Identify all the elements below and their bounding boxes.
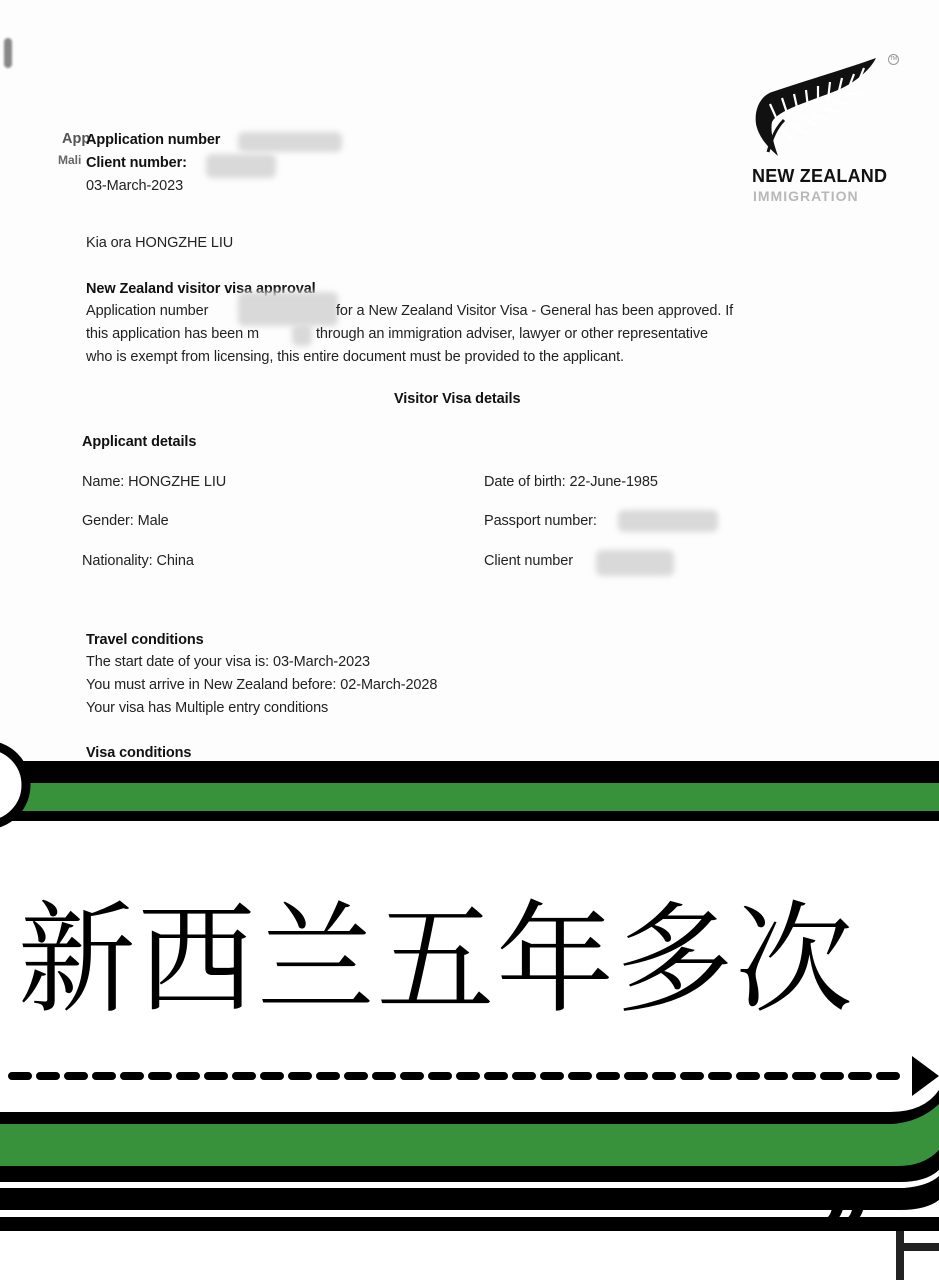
application-number-label: Application number xyxy=(86,131,220,149)
silver-fern-icon xyxy=(748,52,888,162)
approval-text-line2b: through an immigration adviser, lawyer o… xyxy=(316,325,708,343)
approval-text-line3: who is exempt from licensing, this entir… xyxy=(86,348,624,366)
quote-mark-icon: ” xyxy=(820,1190,872,1280)
approval-text-line2a: this application has been m xyxy=(86,325,259,343)
applicant-name: Name: HONGZHE LIU xyxy=(82,473,226,491)
applicant-gender: Gender: Male xyxy=(82,512,169,530)
visa-approval-letter: App Application number Mali Client numbe… xyxy=(0,0,939,770)
travel-heading: Travel conditions xyxy=(86,631,204,649)
redacted-passport-number xyxy=(618,510,718,532)
arrive-before-date: You must arrive in New Zealand before: 0… xyxy=(86,676,437,694)
scan-smudge xyxy=(4,38,12,68)
visa-start-date: The start date of your visa is: 03-March… xyxy=(86,653,370,671)
banner-title: 新西兰五年多次 xyxy=(18,886,855,1036)
approval-text-line1a: Application number xyxy=(86,302,208,320)
top-green-stripe xyxy=(14,783,939,811)
trademark-symbol: TM xyxy=(888,54,899,65)
passport-number-label: Passport number: xyxy=(484,512,597,530)
entry-conditions: Your visa has Multiple entry conditions xyxy=(86,699,328,717)
applicant-nationality: Nationality: China xyxy=(82,552,194,570)
applicant-heading: Applicant details xyxy=(82,433,196,451)
redacted-client-number-2 xyxy=(596,550,674,576)
arrow-head-icon xyxy=(912,1056,939,1096)
greeting: Kia ora HONGZHE LIU xyxy=(86,234,233,252)
logo-wordmark: NEW ZEALAND xyxy=(752,166,887,187)
client-number-label-2: Client number xyxy=(484,552,573,570)
redacted-application-number xyxy=(238,132,342,152)
logo-subtitle: IMMIGRATION xyxy=(753,188,859,204)
approval-text-line1b: for a New Zealand Visitor Visa - General… xyxy=(336,302,733,320)
section-title: Visitor Visa details xyxy=(394,390,520,408)
redacted-application-number xyxy=(238,292,338,326)
nz-immigration-logo: TM NEW ZEALAND IMMIGRATION xyxy=(748,52,898,212)
letter-date: 03-March-2023 xyxy=(86,177,183,195)
redacted-client-number xyxy=(206,154,276,178)
client-number-label: Client number: xyxy=(86,154,187,172)
applicant-dob: Date of birth: 22-June-1985 xyxy=(484,473,658,491)
redaction xyxy=(292,324,312,346)
overprint-ghost-text: Mali xyxy=(58,153,81,167)
